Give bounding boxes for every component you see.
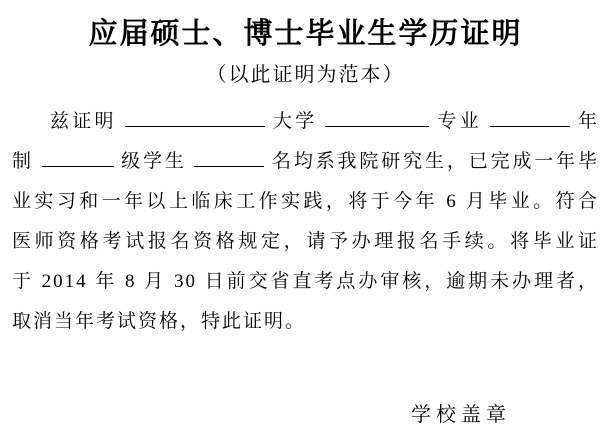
body-line-2: 制 级学生 名均系我院研究生，已完成一年毕 xyxy=(12,142,599,182)
blank-grade xyxy=(42,165,114,167)
line2-text-program: 制 xyxy=(12,151,34,172)
body-line-4: 医师资格考试报名资格规定，请予办理报名手续。将毕业证 xyxy=(12,222,599,262)
line2-text-rest: 名均系我院研究生，已完成一年毕 xyxy=(272,151,599,172)
blank-duration-years xyxy=(490,125,570,127)
certificate-page: 应届硕士、博士毕业生学历证明 （以此证明为范本） 兹证明 大学 专业 年 制 级… xyxy=(0,0,611,433)
body-line-6: 取消当年考试资格，特此证明。 xyxy=(12,302,599,342)
body-line-1: 兹证明 大学 专业 年 xyxy=(12,102,599,142)
body-line-3: 业实习和一年以上临床工作实践，将于今年 6 月毕业。符合 xyxy=(12,182,599,222)
body-line-5: 于 2014 年 8 月 30 日前交省直考点办审核，逾期未办理者， xyxy=(12,262,599,302)
blank-university xyxy=(125,125,265,127)
certificate-subtitle: （以此证明为范本） xyxy=(12,62,599,88)
certificate-body: 兹证明 大学 专业 年 制 级学生 名均系我院研究生，已完成一年毕 业实习和一年… xyxy=(12,102,599,342)
blank-student-count xyxy=(194,165,264,167)
line1-text-year: 年 xyxy=(578,111,599,132)
line1-text-certify: 兹证明 xyxy=(50,111,117,132)
certificate-title: 应届硕士、博士毕业生学历证明 xyxy=(12,16,599,52)
school-seal-label: 学校盖章 xyxy=(12,400,599,430)
line1-text-major: 专业 xyxy=(437,111,482,132)
line2-text-students: 级学生 xyxy=(121,151,187,172)
blank-major xyxy=(325,125,429,127)
line1-text-university: 大学 xyxy=(273,111,318,132)
